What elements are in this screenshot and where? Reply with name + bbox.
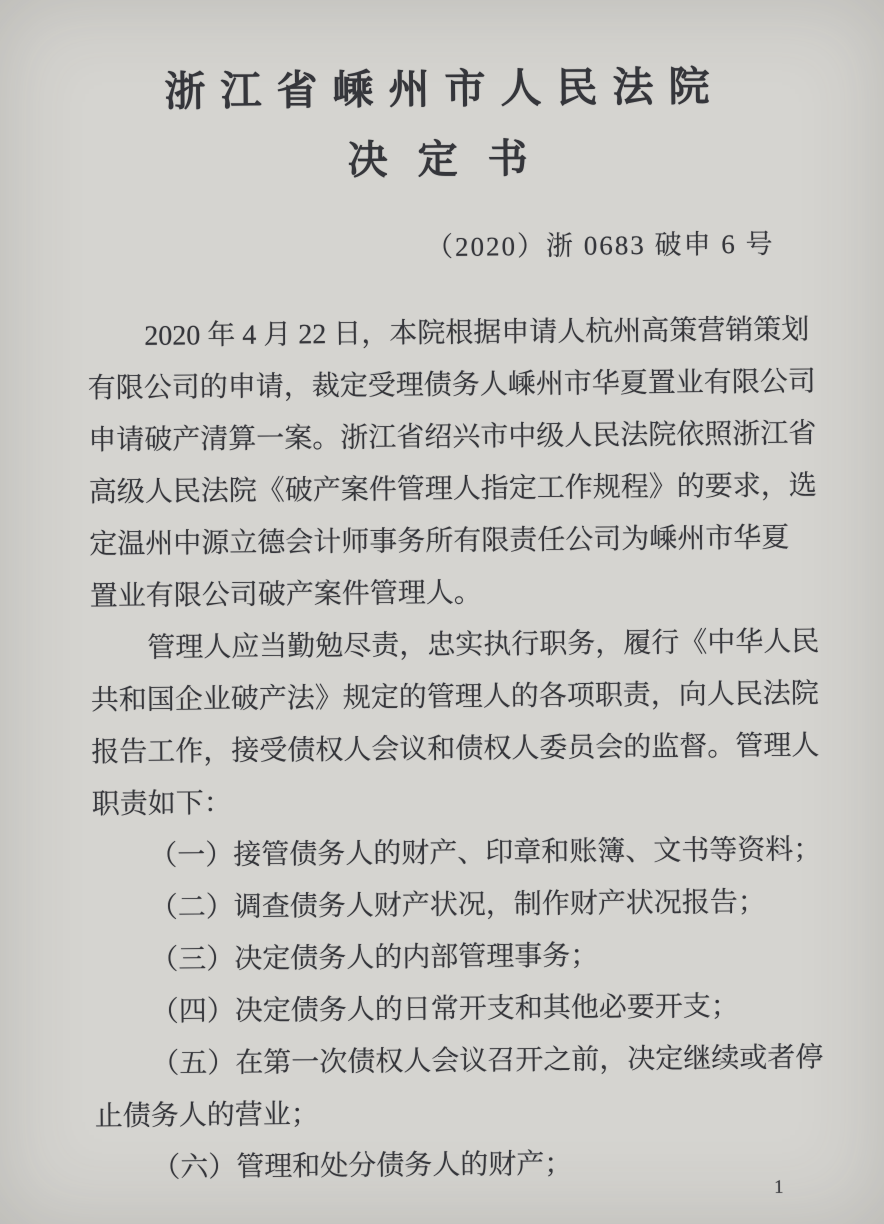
document-body: 2020 年 4 月 22 日，本院根据申请人杭州高策营销策划有限公司的申请，裁… — [0, 304, 884, 1196]
page-number: 1 — [774, 1177, 784, 1199]
body-line: 定温州中源立德会计师事务所有限责任公司为嵊州市华夏 — [89, 512, 823, 571]
body-line: 止债务人的营业； — [95, 1084, 829, 1143]
document-content: 浙江省嵊州市人民法院 决定书 （2020）浙 0683 破申 6 号 2020 … — [0, 0, 884, 1224]
body-line: （五）在第一次债权人会议召开之前，决定继续或者停 — [94, 1032, 828, 1091]
body-line: （一）接管债务人的财产、印章和账簿、文书等资料； — [92, 824, 826, 883]
body-line: 管理人应当勤勉尽责，忠实执行职务，履行《中华人民 — [90, 616, 824, 675]
court-name-title: 浙江省嵊州市人民法院 — [0, 62, 879, 118]
body-line: 置业有限公司破产案件管理人。 — [90, 564, 824, 623]
case-number: （2020）浙 0683 破申 6 号 — [0, 221, 881, 268]
body-line: （四）决定债务人的日常开支和其他必要开支； — [94, 980, 828, 1039]
body-line: 高级人民法院《破产案件管理人指定工作规程》的要求，选 — [89, 460, 823, 519]
scanned-document-page: 浙江省嵊州市人民法院 决定书 （2020）浙 0683 破申 6 号 2020 … — [0, 0, 884, 1224]
body-line: 报告工作，接受债权人会议和债权人委员会的监督。管理人 — [91, 720, 825, 779]
body-line: （二）调查债务人财产状况，制作财产状况报告； — [93, 876, 827, 935]
body-line: 职责如下： — [92, 772, 826, 831]
body-line: 2020 年 4 月 22 日，本院根据申请人杭州高策营销策划 — [87, 304, 821, 363]
body-line: 有限公司的申请，裁定受理债务人嵊州市华夏置业有限公司 — [88, 356, 822, 415]
body-line: 申请破产清算一案。浙江省绍兴市中级人民法院依照浙江省 — [88, 408, 822, 467]
body-line: （六）管理和处分债务人的财产； — [95, 1136, 829, 1195]
body-line: （三）决定债务人的内部管理事务； — [93, 928, 827, 987]
body-line: 共和国企业破产法》规定的管理人的各项职责，向人民法院 — [91, 668, 825, 727]
document-type-title: 决定书 — [0, 133, 880, 187]
